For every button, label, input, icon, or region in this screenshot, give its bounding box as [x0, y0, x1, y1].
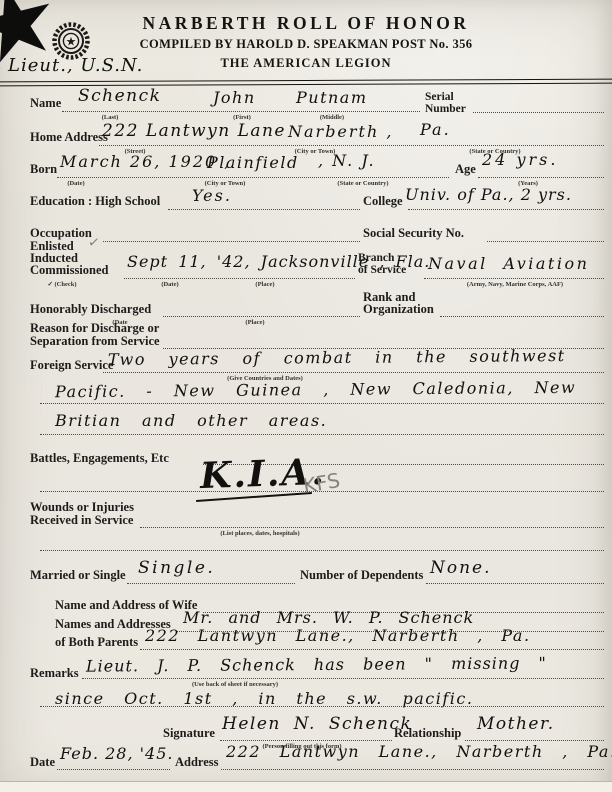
remarks-value-line1: Lieut. J. P. Schenck has been " missing … — [86, 655, 547, 674]
address-line — [221, 769, 604, 770]
marital-value: Single. — [138, 560, 215, 577]
age-value: 24 yrs. — [482, 152, 558, 168]
occupation-line — [103, 241, 360, 242]
high-school-line — [168, 209, 360, 210]
born-state-sublabel: (State or Country) — [320, 180, 406, 187]
discharge-place-sublabel: (Place) — [225, 319, 285, 326]
rank-org-label-line2: Organization — [363, 303, 434, 316]
serial-number-line — [473, 112, 604, 113]
remarks-line1 — [82, 678, 604, 679]
dependents-line — [426, 583, 604, 584]
branch-label-line2: of Service — [358, 264, 406, 277]
entry-place-sublabel: (Place) — [235, 281, 295, 288]
honorably-discharged-label: Honorably Discharged — [30, 303, 151, 316]
name-line — [62, 111, 420, 112]
wounds-line — [140, 527, 604, 528]
foreign-service-value-line1: Two years of combat in the southwest — [108, 348, 566, 368]
born-line — [57, 177, 449, 178]
high-school-value: Yes. — [192, 188, 232, 204]
entry-date-place-line — [124, 278, 355, 279]
foreign-service-label: Foreign Service — [30, 359, 113, 372]
address-label: Address — [175, 756, 219, 769]
signature-value: Helen N. Schenck — [222, 716, 412, 733]
born-city-value: Plainfield — [207, 155, 299, 171]
remarks-line2 — [40, 706, 604, 707]
branch-sublabel: (Army, Navy, Marine Corps, AAF) — [426, 281, 604, 288]
entry-check-sublabel: ✓ (Check) — [32, 281, 92, 288]
name-last-sublabel: (Last) — [80, 114, 140, 121]
college-label: College — [363, 195, 403, 208]
ssn-label: Social Security No. — [363, 227, 464, 240]
name-last-value: Schenck — [78, 88, 161, 105]
college-value: Univ. of Pa., 2 yrs. — [405, 187, 572, 203]
date-value: Feb. 28, '45. — [60, 746, 173, 762]
header-divider — [0, 79, 612, 86]
wounds-sublabel: (List places, dates, hospitals) — [185, 530, 335, 537]
wife-label: Name and Address of Wife — [55, 599, 197, 612]
signature-line — [220, 740, 392, 741]
kia-initials-annotation: KFS — [302, 470, 342, 496]
remarks-sublabel: (Use back of sheet if necessary) — [150, 681, 320, 688]
remarks-label: Remarks — [30, 667, 79, 680]
name-first-sublabel: (First) — [212, 114, 272, 121]
education-label: Education : High School — [30, 195, 160, 208]
born-label: Born — [30, 163, 57, 176]
foreign-service-line1 — [103, 372, 604, 373]
foreign-service-line2 — [40, 403, 604, 404]
college-line — [408, 209, 604, 210]
wounds-label-line2: Received in Service — [30, 514, 133, 527]
name-middle-sublabel: (Middle) — [300, 114, 364, 121]
battles-line2 — [40, 491, 604, 492]
scan-bottom-edge — [0, 781, 612, 792]
commissioned-label: Commissioned — [30, 264, 108, 277]
born-state-value: , N. J. — [318, 153, 376, 169]
born-date-value: March 26, 1920 , — [60, 154, 231, 170]
rank-annotation: Lieut., U.S.N. — [8, 57, 143, 75]
rank-org-line — [440, 316, 604, 317]
enlisted-check-mark: ✓ — [87, 235, 101, 250]
battles-label: Battles, Engagements, Etc — [30, 452, 169, 465]
ssn-line — [487, 241, 604, 242]
entry-date-sublabel: (Date) — [140, 281, 200, 288]
reason-label-line2: Separation from Service — [30, 335, 160, 348]
branch-line — [424, 278, 604, 279]
signature-label: Signature — [163, 727, 215, 740]
parents-line2 — [140, 649, 604, 650]
dependents-value: None. — [430, 560, 492, 577]
date-line — [57, 769, 170, 770]
name-first-value: John — [213, 90, 256, 106]
age-label: Age — [455, 163, 476, 176]
form-title: NARBERTH ROLL OF HONOR — [0, 13, 612, 34]
foreign-service-value-line2: Pacific. - New Guinea , New Caledonia, N… — [55, 380, 576, 401]
born-date-sublabel: (Date) — [48, 180, 104, 187]
form-subtitle: COMPILED BY HAROLD D. SPEAKMAN POST No. … — [0, 37, 612, 52]
parents-address-value: 222 Lantwyn Lane., Narberth , Pa. — [145, 628, 531, 644]
remarks-value-line2: since Oct. 1st , in the s.w. pacific. — [55, 691, 473, 707]
foreign-service-value-line3: Britian and other areas. — [55, 413, 327, 429]
relationship-line — [465, 740, 604, 741]
name-middle-value: Putnam — [296, 90, 368, 106]
branch-value: Naval Aviation — [428, 256, 589, 272]
marital-label: Married or Single — [30, 569, 126, 582]
relationship-value: Mother. — [477, 716, 555, 733]
dependents-label: Number of Dependents — [300, 569, 423, 582]
home-address-line — [99, 145, 604, 146]
wounds-continuation-line — [40, 550, 604, 551]
age-line — [478, 177, 604, 178]
parents-names-value: Mr. and Mrs. W. P. Schenck — [183, 610, 474, 626]
parents-label-line2: of Both Parents — [55, 636, 138, 649]
home-street-value: 222 Lantwyn Lane — [102, 123, 286, 140]
address-value: 222 Lantwyn Lane., Narberth , Pa. — [226, 744, 612, 760]
foreign-service-line3 — [40, 434, 604, 435]
home-state-value: Pa. — [420, 122, 451, 138]
marital-line — [127, 583, 295, 584]
relationship-label: Relationship — [394, 727, 461, 740]
home-city-value: Narberth , — [288, 124, 393, 140]
date-label: Date — [30, 756, 55, 769]
discharge-line — [163, 316, 360, 317]
serial-number-label-line2: Number — [425, 103, 466, 116]
name-label: Name — [30, 97, 61, 110]
roll-of-honor-form: ★ ★ NARBERTH ROLL OF HONOR COMPILED BY H… — [0, 0, 612, 792]
home-address-label: Home Address — [30, 131, 108, 144]
